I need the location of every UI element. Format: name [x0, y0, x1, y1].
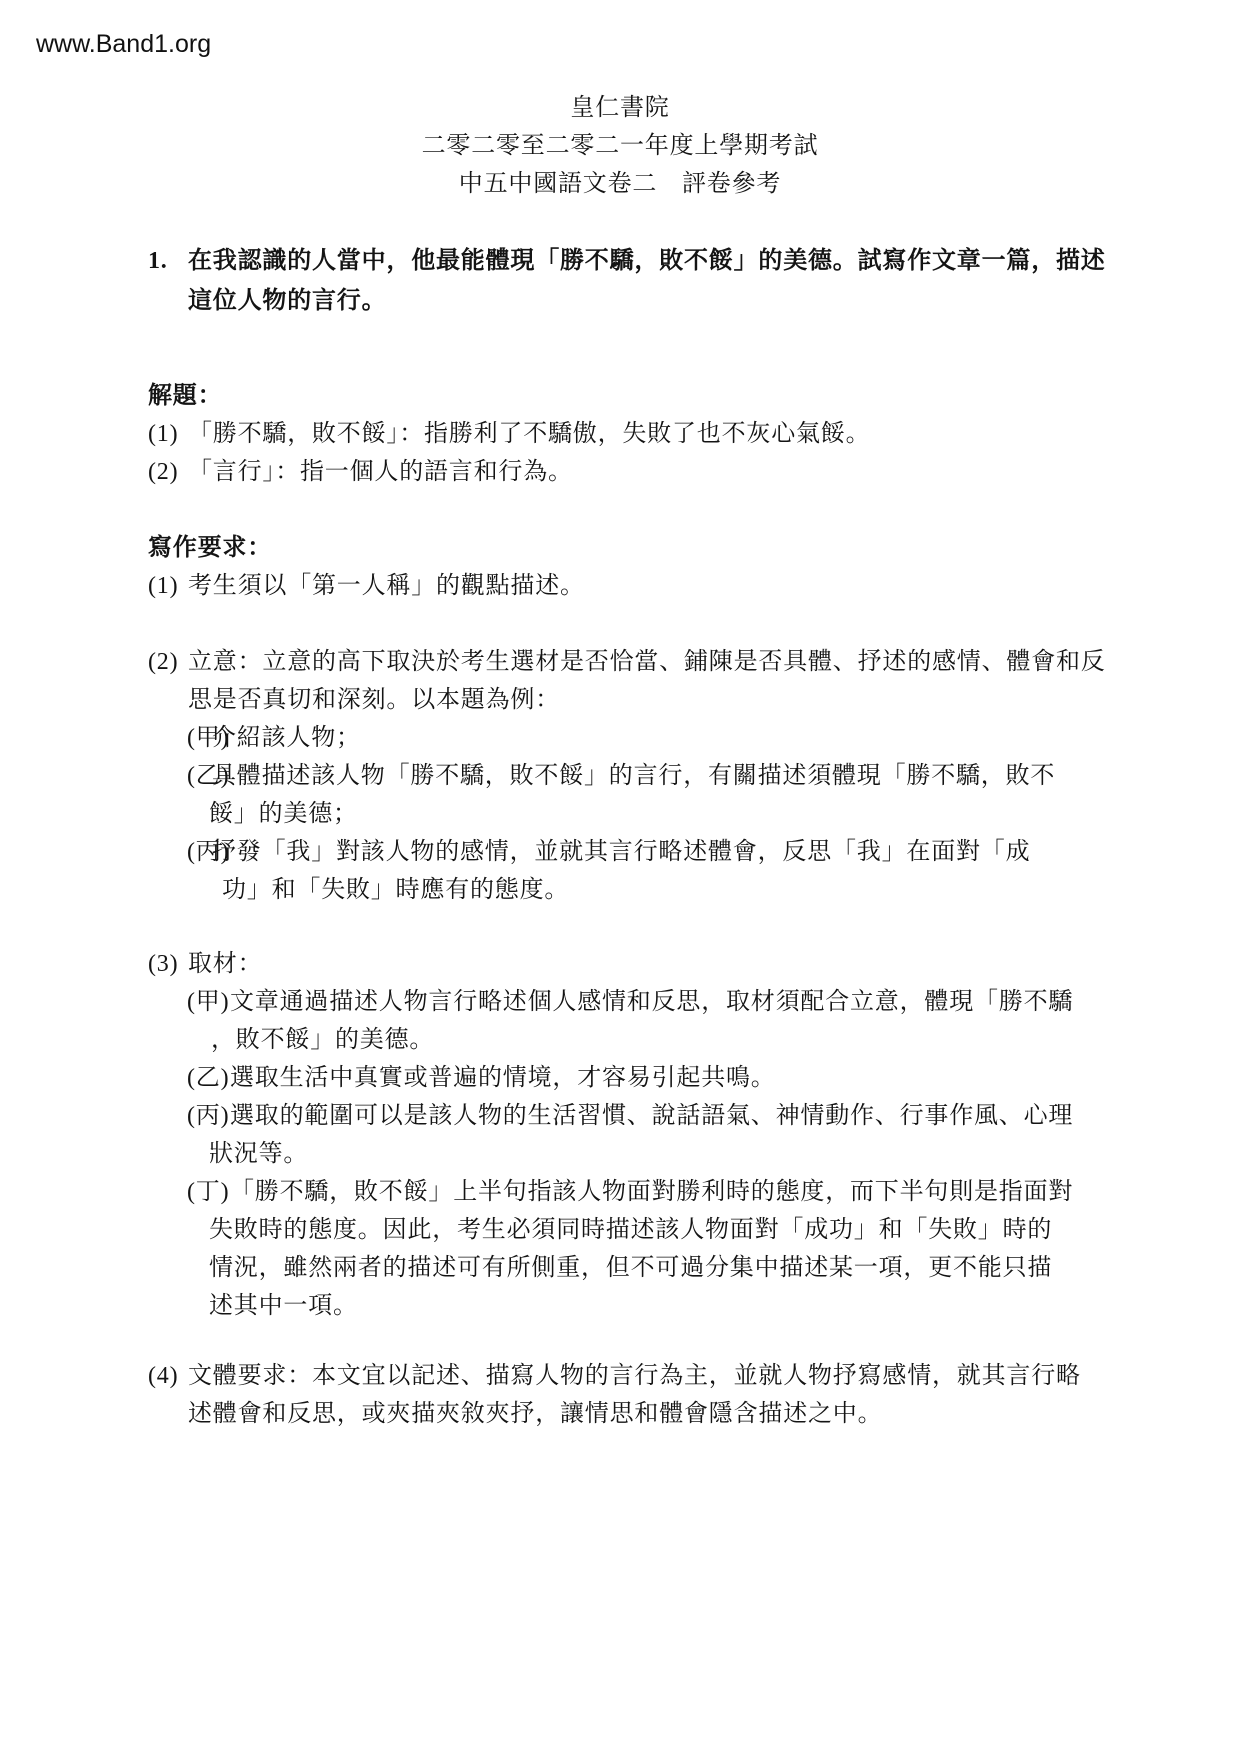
- item-line: (3) 取材：: [0, 945, 1240, 983]
- sub-item-text: ，敗不餒」的美德。: [211, 1027, 434, 1053]
- section-heading: 寫作要求：: [0, 529, 1240, 567]
- list-item-3: (3) 取材： (甲) 文章通過描述人物言行略述個人感情和反思，取材須配合立意，…: [0, 945, 1240, 1325]
- question-number: 1.: [148, 241, 168, 281]
- list-item: (2) 「言行」：指一個人的語言和行為。: [0, 453, 1240, 491]
- sub-item: (甲) 介紹該人物；: [0, 719, 1240, 757]
- item-text: 文體要求：本文宜以記述、描寫人物的言行為主，並就人物抒寫感情，就其言行略: [188, 1363, 1081, 1389]
- sub-item-text: 選取的範圍可以是該人物的生活習慣、說話語氣、神情動作、行事作風、心理: [230, 1103, 1073, 1129]
- item-text: 「言行」：指一個人的語言和行為。: [188, 459, 573, 485]
- item-marker: (1): [148, 415, 178, 453]
- sub-item-continuation: 功」和「失敗」時應有的態度。: [0, 871, 1240, 909]
- item-line: 述體會和反思，或夾描夾敘夾抒，讓情思和體會隱含描述之中。: [0, 1395, 1240, 1433]
- item-text: 取材：: [188, 951, 262, 977]
- sub-item-marker: (乙): [187, 757, 229, 795]
- sub-item: (乙) 具體描述該人物「勝不驕，敗不餒」的言行，有關描述須體現「勝不驕，敗不: [0, 757, 1240, 795]
- sub-item-text: 介紹該人物；: [212, 725, 361, 751]
- sub-item-text: 述其中一項。: [209, 1293, 358, 1319]
- item-text: 「勝不驕，敗不餒」：指勝利了不驕傲，失敗了也不灰心氣餒。: [188, 421, 870, 447]
- sub-item: (丙) 選取的範圍可以是該人物的生活習慣、說話語氣、神情動作、行事作風、心理: [0, 1097, 1240, 1135]
- sub-item-text: 失敗時的態度。因此，考生必須同時描述該人物面對「成功」和「失敗」時的: [209, 1217, 1052, 1243]
- section-requirements: 寫作要求： (1) 考生須以「第一人稱」的觀點描述。 (2) 立意：立意的高下取…: [0, 529, 1240, 1433]
- sub-item-text: 選取生活中真實或普遍的情境，才容易引起共鳴。: [230, 1065, 776, 1091]
- item-line: 思是否真切和深刻。以本題為例：: [0, 681, 1240, 719]
- document-page: www.Band1.org 皇仁書院 二零二零至二零二一年度上學期考試 中五中國…: [0, 0, 1240, 1754]
- sub-item-text: 「勝不驕，敗不餒」上半句指該人物面對勝利時的態度，而下半句則是指面對: [230, 1179, 1073, 1205]
- sub-item-continuation: 餒」的美德；: [0, 795, 1240, 833]
- item-line: (4) 文體要求：本文宜以記述、描寫人物的言行為主，並就人物抒寫感情，就其言行略: [0, 1357, 1240, 1395]
- sub-item-text: 具體描述該人物「勝不驕，敗不餒」的言行，有關描述須體現「勝不驕，敗不: [212, 763, 1055, 789]
- exam-title: 二零二零至二零二一年度上學期考試: [0, 127, 1240, 165]
- list-item: (1) 考生須以「第一人稱」的觀點描述。: [0, 567, 1240, 605]
- sub-item-text: 情況，雖然兩者的描述可有所側重，但不可過分集中描述某一項，更不能只描: [209, 1255, 1052, 1281]
- item-line: (2) 立意：立意的高下取決於考生選材是否恰當、鋪陳是否具體、抒述的感情、體會和…: [0, 643, 1240, 681]
- sub-item-continuation: 情況，雖然兩者的描述可有所側重，但不可過分集中描述某一項，更不能只描: [0, 1249, 1240, 1287]
- sub-item-marker: (甲): [187, 719, 229, 757]
- item-text: 思是否真切和深刻。以本題為例：: [188, 687, 560, 713]
- list-item-4: (4) 文體要求：本文宜以記述、描寫人物的言行為主，並就人物抒寫感情，就其言行略…: [0, 1357, 1240, 1433]
- question-line: 這位人物的言行。: [0, 281, 1240, 321]
- question-text: 這位人物的言行。: [188, 288, 386, 314]
- sub-item-marker: (乙): [187, 1059, 229, 1097]
- sub-item: (甲) 文章通過描述人物言行略述個人感情和反思，取材須配合立意，體現「勝不驕: [0, 983, 1240, 1021]
- section-heading: 解題：: [0, 377, 1240, 415]
- sub-item-text: 文章通過描述人物言行略述個人感情和反思，取材須配合立意，體現「勝不驕: [230, 989, 1073, 1015]
- section-explain: 解題： (1) 「勝不驕，敗不餒」：指勝利了不驕傲，失敗了也不灰心氣餒。 (2)…: [0, 377, 1240, 491]
- item-text: 述體會和反思，或夾描夾敘夾抒，讓情思和體會隱含描述之中。: [188, 1401, 882, 1427]
- item-marker: (2): [148, 643, 178, 681]
- sub-item-text: 功」和「失敗」時應有的態度。: [222, 877, 569, 903]
- sub-item-marker: (丙): [187, 1097, 229, 1135]
- sub-item-continuation: 狀況等。: [0, 1135, 1240, 1173]
- school-name: 皇仁書院: [0, 89, 1240, 127]
- sub-item-text: 餒」的美德；: [209, 801, 358, 827]
- sub-item-marker: (甲): [187, 983, 229, 1021]
- item-marker: (1): [148, 567, 178, 605]
- item-marker: (3): [148, 945, 178, 983]
- item-marker: (2): [148, 453, 178, 491]
- question-line: 1. 在我認識的人當中，他最能體現「勝不驕，敗不餒」的美德。試寫作文章一篇，描述: [0, 241, 1240, 281]
- watermark: www.Band1.org: [36, 30, 211, 59]
- sub-item: (丙) 抒發「我」對該人物的感情，並就其言行略述體會，反思「我」在面對「成: [0, 833, 1240, 871]
- sub-item-continuation: 述其中一項。: [0, 1287, 1240, 1325]
- item-text: 立意：立意的高下取決於考生選材是否恰當、鋪陳是否具體、抒述的感情、體會和反: [188, 649, 1106, 675]
- sub-item-continuation: 失敗時的態度。因此，考生必須同時描述該人物面對「成功」和「失敗」時的: [0, 1211, 1240, 1249]
- item-marker: (4): [148, 1357, 178, 1395]
- sub-item-text: 抒發「我」對該人物的感情，並就其言行略述體會，反思「我」在面對「成: [212, 839, 1030, 865]
- question-text: 在我認識的人當中，他最能體現「勝不驕，敗不餒」的美德。試寫作文章一篇，描述: [188, 248, 1106, 274]
- sub-item-continuation: ，敗不餒」的美德。: [0, 1021, 1240, 1059]
- sub-item-marker: (丙): [187, 833, 229, 871]
- sub-item-text: 狀況等。: [209, 1141, 308, 1167]
- item-text: 考生須以「第一人稱」的觀點描述。: [188, 573, 585, 599]
- sub-item: (乙) 選取生活中真實或普遍的情境，才容易引起共鳴。: [0, 1059, 1240, 1097]
- list-item-2: (2) 立意：立意的高下取決於考生選材是否恰當、鋪陳是否具體、抒述的感情、體會和…: [0, 643, 1240, 909]
- list-item: (1) 「勝不驕，敗不餒」：指勝利了不驕傲，失敗了也不灰心氣餒。: [0, 415, 1240, 453]
- sub-item: (丁) 「勝不驕，敗不餒」上半句指該人物面對勝利時的態度，而下半句則是指面對: [0, 1173, 1240, 1211]
- sub-item-marker: (丁): [187, 1173, 229, 1211]
- question-1: 1. 在我認識的人當中，他最能體現「勝不驕，敗不餒」的美德。試寫作文章一篇，描述…: [0, 241, 1240, 321]
- paper-title: 中五中國語文卷二 評卷參考: [0, 165, 1240, 203]
